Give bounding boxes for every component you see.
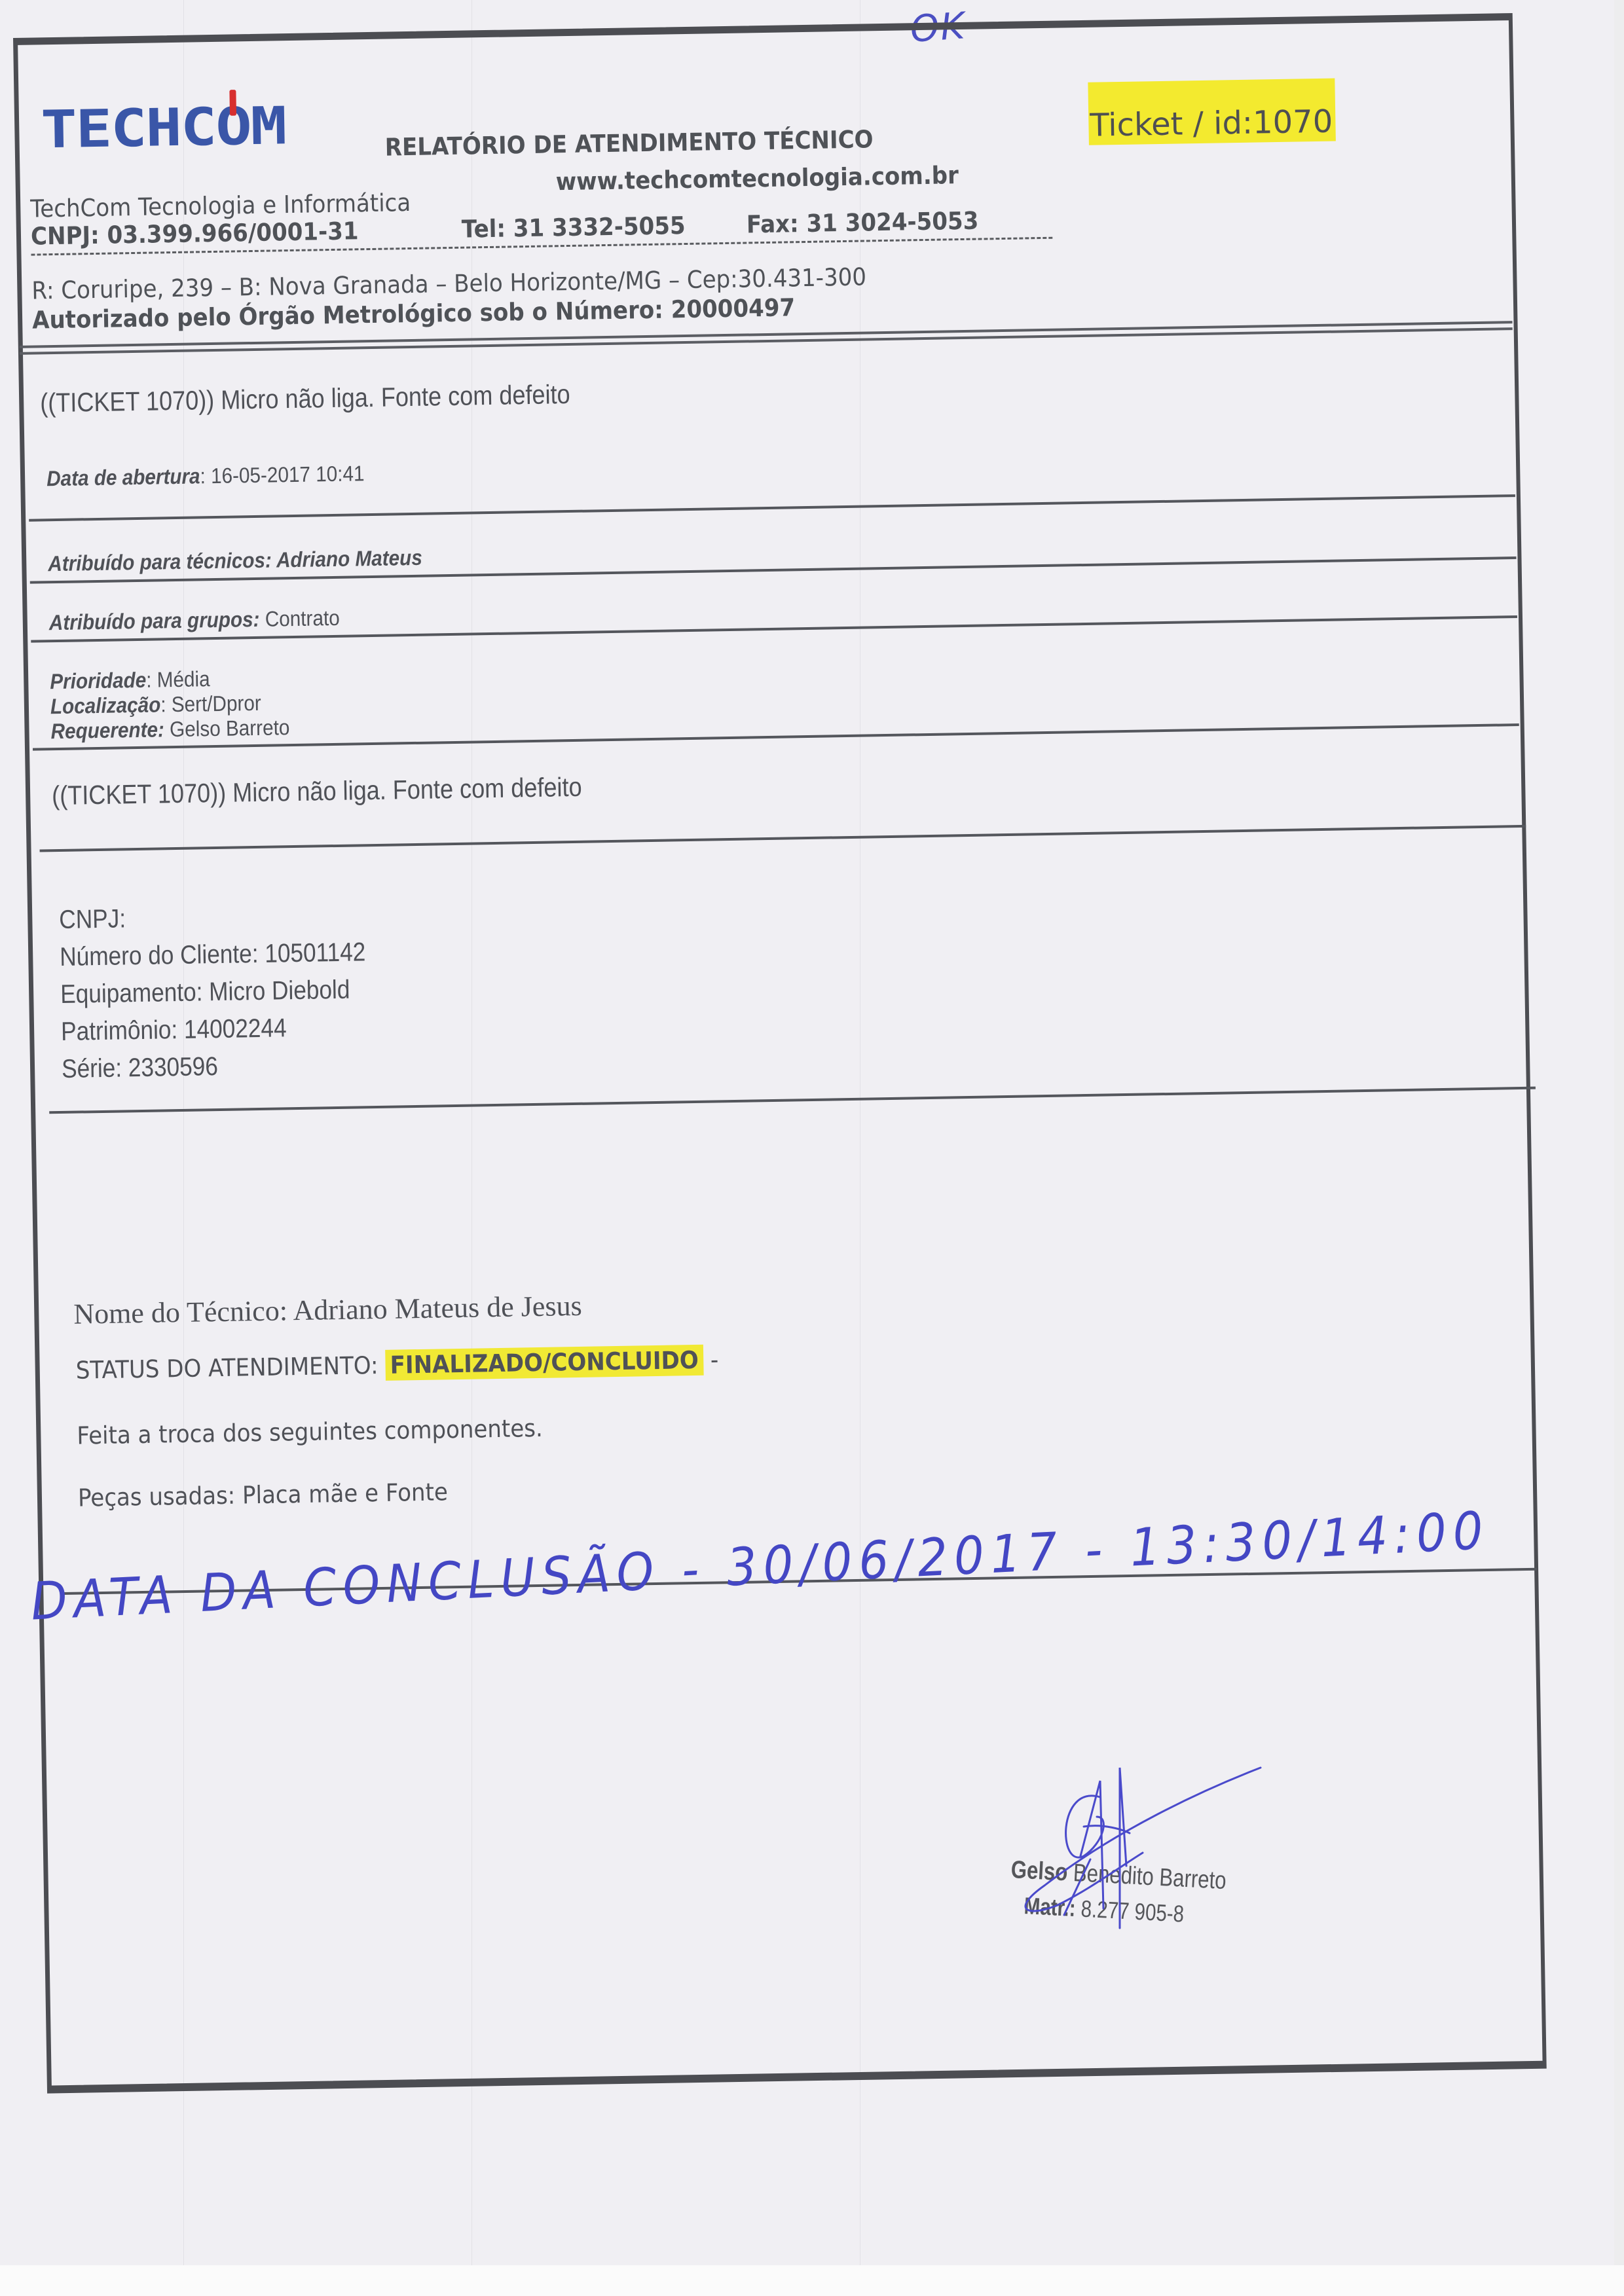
client-number: Número do Cliente: 10501142 (60, 934, 366, 976)
priority-value: : Média (146, 666, 210, 692)
signature-block: Gelso Benedito Barreto Matr.: 8.277 905-… (986, 1732, 1378, 1967)
priority-label: Prioridade (50, 668, 146, 693)
assigned-groups-label: Atribuído para grupos: (49, 607, 260, 634)
location-label: Localização (50, 692, 161, 718)
client-cnpj: CNPJ: (59, 896, 365, 939)
company-phone: Tel: 31 3332-5055 (462, 211, 686, 244)
requester-label: Requerente: (50, 717, 164, 743)
power-icon: O (215, 96, 251, 157)
assigned-groups: Atribuído para grupos: Contrato (49, 606, 340, 635)
handwritten-signature (986, 1732, 1378, 1967)
priority: Prioridade: Média (50, 666, 210, 694)
opening-date: Data de abertura: 16-05-2017 10:41 (46, 461, 365, 491)
assigned-groups-value: Contrato (259, 606, 340, 631)
company-fax: Fax: 31 3024-5053 (747, 207, 979, 239)
techcom-logo: TECHCOM (41, 96, 286, 160)
serial-number: Série: 2330596 (62, 1046, 368, 1088)
status-suffix: - (703, 1345, 719, 1374)
location-value: : Sert/Dpror (160, 691, 261, 717)
requester-value: Gelso Barreto (164, 715, 290, 741)
scan-margin (0, 2265, 1624, 2296)
location: Localização: Sert/Dpror (50, 691, 261, 719)
opening-date-value: : 16-05-2017 10:41 (200, 461, 365, 488)
client-info: CNPJ: Número do Cliente: 10501142 Equipa… (59, 896, 368, 1088)
company-cnpj: CNPJ: 03.399.966/0001-31 (31, 217, 359, 250)
status-badge: FINALIZADO/CONCLUIDO (385, 1345, 704, 1381)
status-label: STATUS DO ATENDIMENTO: (75, 1351, 385, 1385)
assigned-technicians-label: Atribuído para técnicos: (48, 548, 272, 576)
equipment: Equipamento: Micro Diebold (60, 971, 367, 1013)
ticket-id-badge: Ticket / id:1070 (1088, 79, 1335, 145)
assigned-technicians-value: Adriano Mateus (272, 545, 423, 572)
requester: Requerente: Gelso Barreto (50, 715, 289, 744)
scanned-page: OK TECHCOM RELATÓRIO DE ATENDIMENTO TÉCN… (0, 0, 1614, 2265)
opening-date-label: Data de abertura (46, 464, 200, 490)
asset-number: Patrimônio: 14002244 (61, 1008, 367, 1051)
